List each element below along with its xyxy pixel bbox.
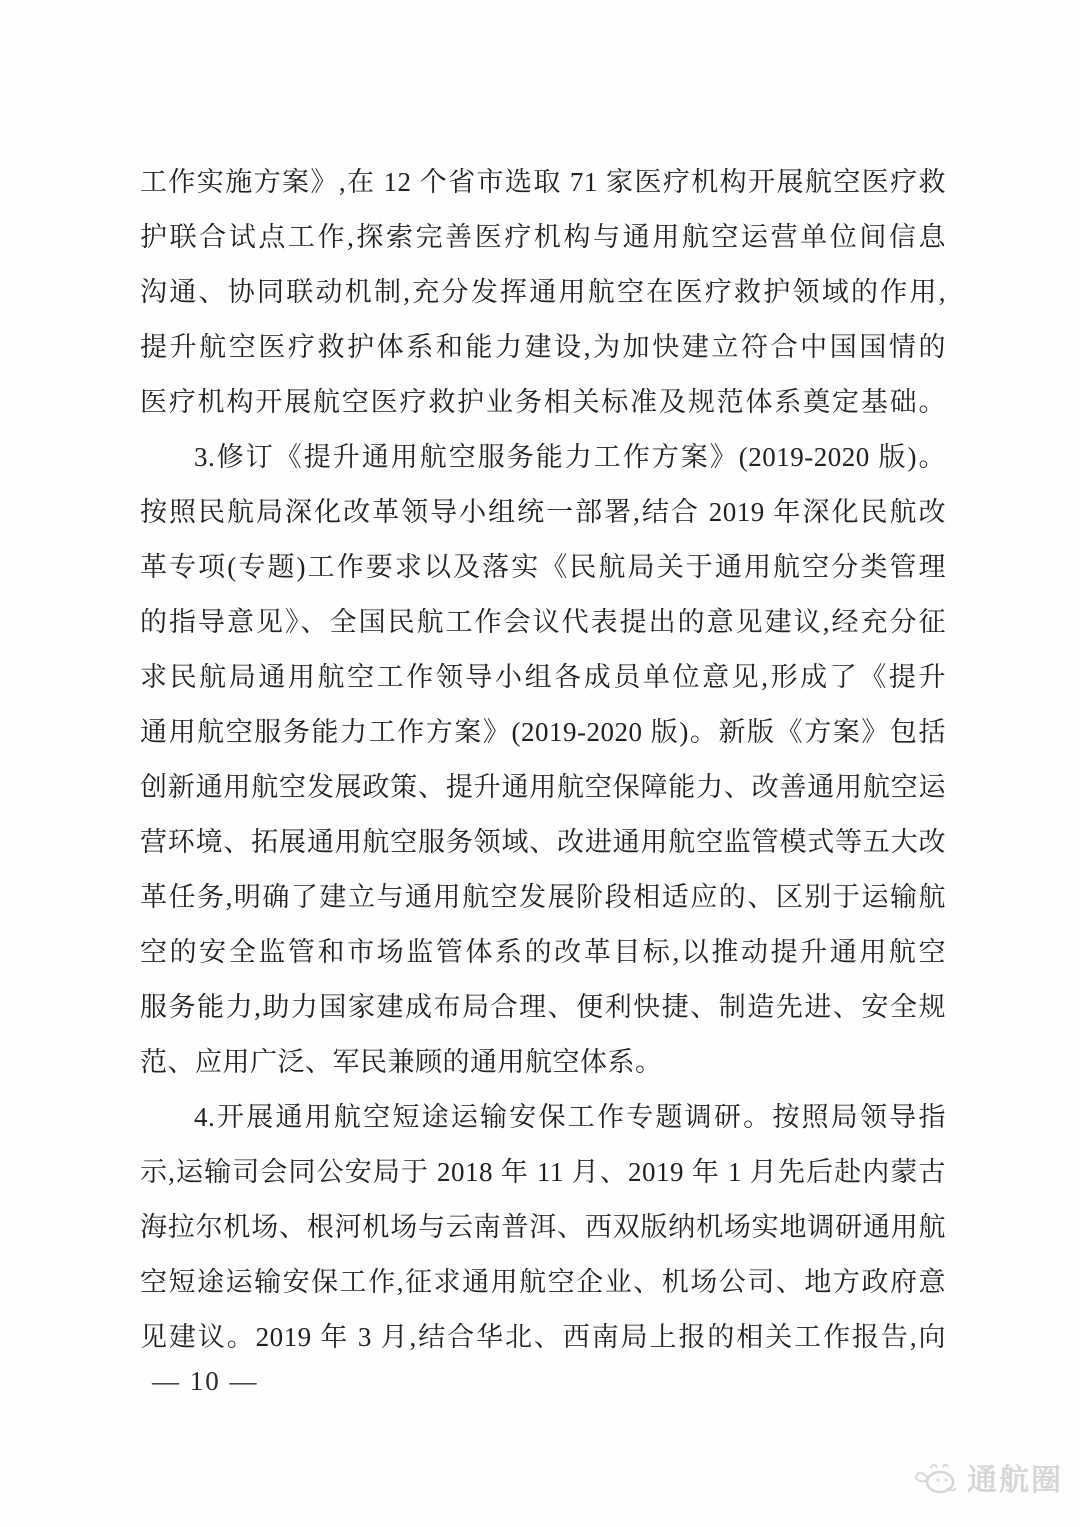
text-line: 空短途运输安保工作,征求通用航空企业、机场公司、地方政府意 — [140, 1255, 946, 1310]
text-line: 3.修订《提升通用航空服务能力工作方案》(2019-2020 版)。 — [140, 430, 946, 485]
page-number: — 10 — — [152, 1366, 259, 1397]
document-page: 工作实施方案》,在 12 个省市选取 71 家医疗机构开展航空医疗救护联合试点工… — [0, 0, 1080, 1527]
text-line: 革专项(专题)工作要求以及落实《民航局关于通用航空分类管理 — [140, 540, 946, 595]
text-line: 沟通、协同联动机制,充分发挥通用航空在医疗救护领域的作用, — [140, 265, 946, 320]
text-line: 按照民航局深化改革领导小组统一部署,结合 2019 年深化民航改 — [140, 485, 946, 540]
tonghangquan-logo-icon — [913, 1458, 961, 1496]
watermark: 通航圈 — [913, 1455, 1063, 1499]
text-line: 4.开展通用航空短途运输安保工作专题调研。按照局领导指 — [140, 1090, 946, 1145]
watermark-label: 通航圈 — [967, 1455, 1063, 1499]
text-line: 革任务,明确了建立与通用航空发展阶段相适应的、区别于运输航 — [140, 870, 946, 925]
text-line: 示,运输司会同公安局于 2018 年 11 月、2019 年 1 月先后赴内蒙古 — [140, 1145, 946, 1200]
text-line: 提升航空医疗救护体系和能力建设,为加快建立符合中国国情的 — [140, 320, 946, 375]
body-text: 工作实施方案》,在 12 个省市选取 71 家医疗机构开展航空医疗救护联合试点工… — [140, 155, 946, 1365]
text-line: 空的安全监管和市场监管体系的改革目标,以推动提升通用航空 — [140, 925, 946, 980]
text-line: 创新通用航空发展政策、提升通用航空保障能力、改善通用航空运 — [140, 760, 946, 815]
text-line: 范、应用广泛、军民兼顾的通用航空体系。 — [140, 1035, 946, 1090]
text-line: 通用航空服务能力工作方案》(2019-2020 版)。新版《方案》包括 — [140, 705, 946, 760]
text-line: 见建议。2019 年 3 月,结合华北、西南局上报的相关工作报告,向 — [140, 1310, 946, 1365]
text-line: 求民航局通用航空工作领导小组各成员单位意见,形成了《提升 — [140, 650, 946, 705]
text-line: 工作实施方案》,在 12 个省市选取 71 家医疗机构开展航空医疗救 — [140, 155, 946, 210]
text-line: 医疗机构开展航空医疗救护业务相关标准及规范体系奠定基础。 — [140, 375, 946, 430]
text-line: 海拉尔机场、根河机场与云南普洱、西双版纳机场实地调研通用航 — [140, 1200, 946, 1255]
text-line: 的指导意见》、全国民航工作会议代表提出的意见建议,经充分征 — [140, 595, 946, 650]
text-line: 服务能力,助力国家建成布局合理、便利快捷、制造先进、安全规 — [140, 980, 946, 1035]
text-line: 营环境、拓展通用航空服务领域、改进通用航空监管模式等五大改 — [140, 815, 946, 870]
text-line: 护联合试点工作,探索完善医疗机构与通用航空运营单位间信息 — [140, 210, 946, 265]
